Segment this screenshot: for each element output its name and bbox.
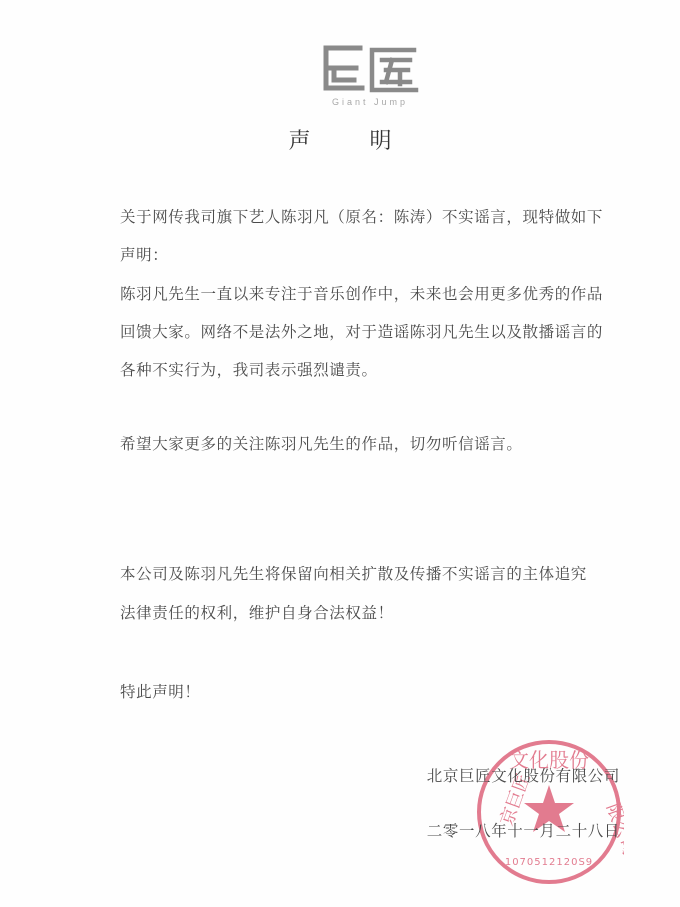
signature-date: 二零一八年十一月二十八日 [427, 819, 620, 841]
paragraph-1-line-2: 声明： [120, 243, 168, 265]
document-title: 声 明 [0, 124, 680, 155]
paragraph-1-line-1: 关于网传我司旗下艺人陈羽凡（原名：陈涛）不实谣言，现特做如下 [120, 205, 603, 227]
document-page: Giant Jump 声 明 关于网传我司旗下艺人陈羽凡（原名：陈涛）不实谣言，… [0, 0, 680, 907]
paragraph-3-line-1: 希望大家更多的关注陈羽凡先生的作品，切勿听信谣言。 [120, 432, 523, 454]
seal-icon: 文化股份 京巨匠 限公司 1070512120S9 [474, 737, 624, 887]
paragraph-2-line-3: 各种不实行为，我司表示强烈谴责。 [120, 358, 378, 380]
paragraph-4-line-2: 法律责任的权利，维护自身合法权益！ [120, 601, 394, 623]
signature-company: 北京巨匠文化股份有限公司 [427, 764, 620, 786]
paragraph-2-line-2: 回馈大家。网络不是法外之地，对于造谣陈羽凡先生以及散播谣言的 [120, 320, 603, 342]
company-logo: Giant Jump [318, 44, 422, 114]
closing-statement: 特此声明！ [120, 680, 201, 702]
paragraph-4-line-1: 本公司及陈羽凡先生将保留向相关扩散及传播不实谣言的主体追究 [120, 562, 587, 584]
paragraph-2-line-1: 陈羽凡先生一直以来专注于音乐创作中，未来也会用更多优秀的作品 [120, 282, 603, 304]
logo-subtitle: Giant Jump [318, 97, 422, 107]
company-seal: 文化股份 京巨匠 限公司 1070512120S9 [474, 737, 624, 887]
seal-number: 1070512120S9 [505, 857, 593, 868]
giant-jump-logo-icon [320, 44, 420, 96]
